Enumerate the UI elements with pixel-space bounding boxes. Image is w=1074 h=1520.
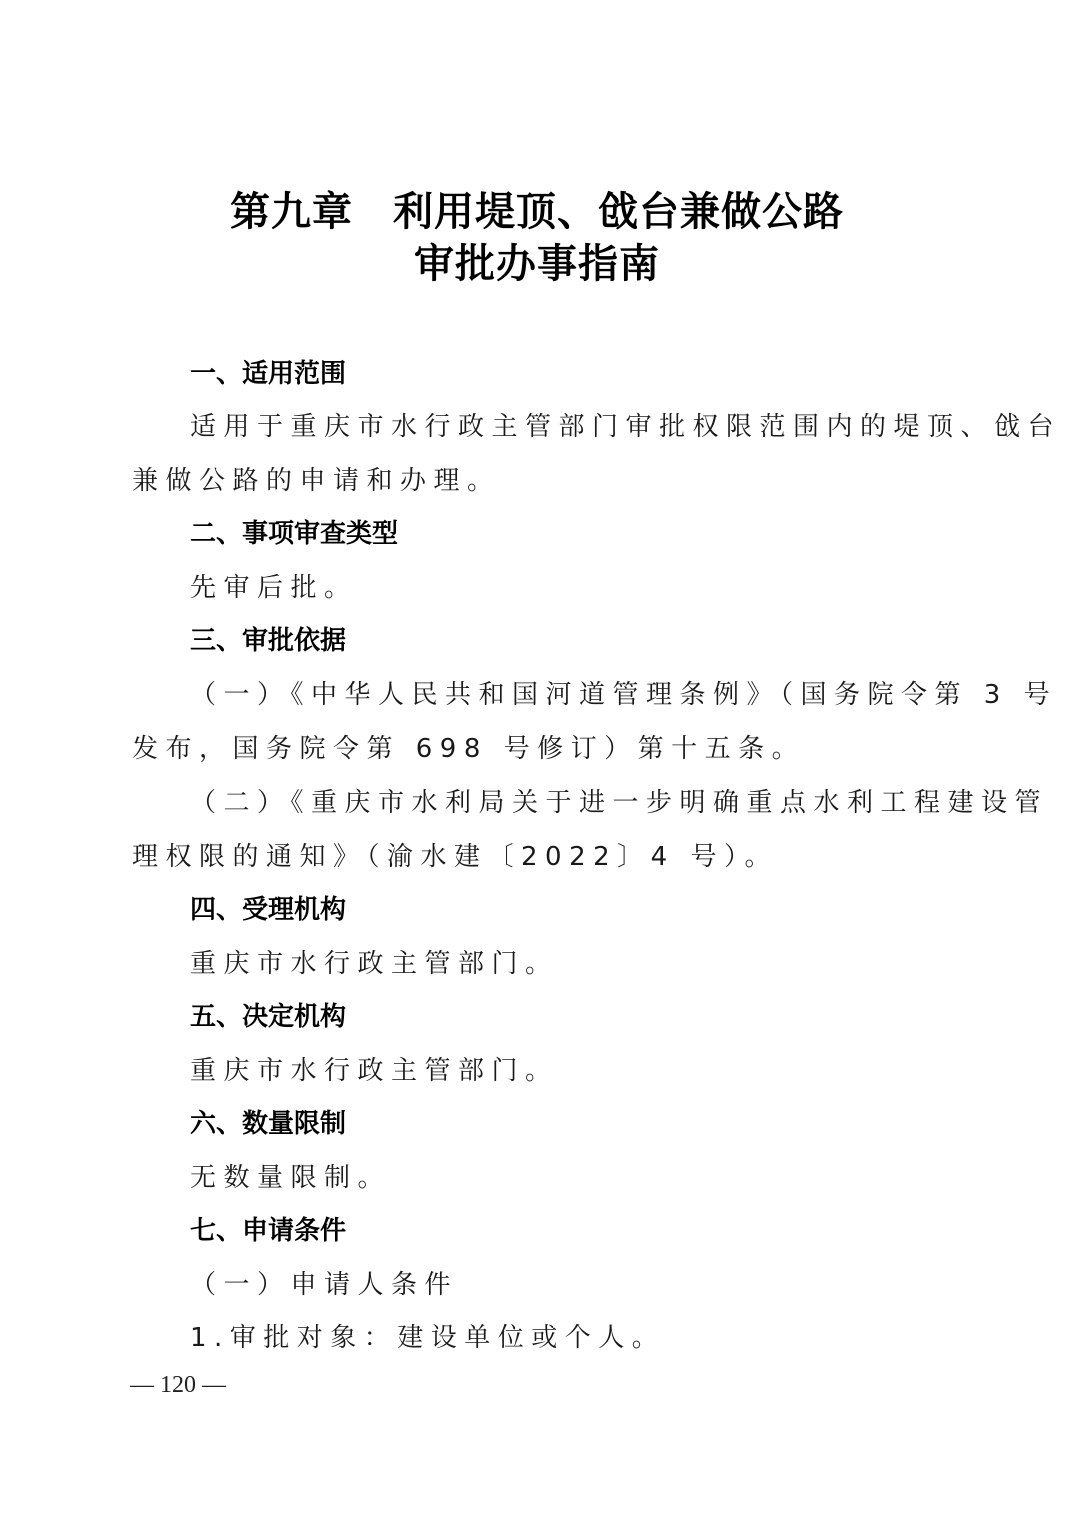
page-number: — 120 —: [130, 1372, 226, 1399]
paragraph-line: 发布，国务院令第 698 号修订）第十五条。: [132, 732, 805, 766]
paragraph-line: （一）《中华人民共和国河道管理条例》（国务院令第 3 号: [190, 678, 1057, 712]
section-heading-accepting-agency: 四、受理机构: [190, 893, 346, 927]
paragraph-line: 1.审批对象：建设单位或个人。: [190, 1321, 665, 1355]
chapter-title: 利用堤顶、戗台兼做公路: [393, 188, 844, 235]
chapter-title-line-2: 审批办事指南: [0, 236, 1074, 292]
paragraph-line: 理权限的通知》（渝水建〔2022〕4 号）。: [132, 840, 778, 874]
section-heading-conditions: 七、申请条件: [190, 1214, 346, 1248]
paragraph-line: （二）《重庆市水利局关于进一步明确重点水利工程建设管: [190, 786, 1048, 820]
paragraph-line: （一）申请人条件: [190, 1268, 458, 1302]
section-heading-scope: 一、适用范围: [190, 357, 346, 391]
paragraph-line: 无数量限制。: [190, 1161, 391, 1195]
section-heading-review-type: 二、事项审查类型: [190, 517, 398, 551]
section-heading-deciding-agency: 五、决定机构: [190, 1000, 346, 1034]
paragraph-line: 重庆市水行政主管部门。: [190, 947, 559, 981]
chapter-number: 第九章: [230, 188, 353, 235]
paragraph-line: 适用于重庆市水行政主管部门审批权限范围内的堤顶、戗台: [190, 410, 1061, 444]
section-heading-legal-basis: 三、审批依据: [190, 624, 346, 658]
paragraph-line: 重庆市水行政主管部门。: [190, 1054, 559, 1088]
section-heading-quantity-limit: 六、数量限制: [190, 1107, 346, 1141]
paragraph-line: 兼做公路的申请和办理。: [132, 464, 501, 498]
chapter-title-line-1: 第九章利用堤顶、戗台兼做公路: [0, 184, 1074, 240]
paragraph-line: 先审后批。: [190, 571, 358, 605]
